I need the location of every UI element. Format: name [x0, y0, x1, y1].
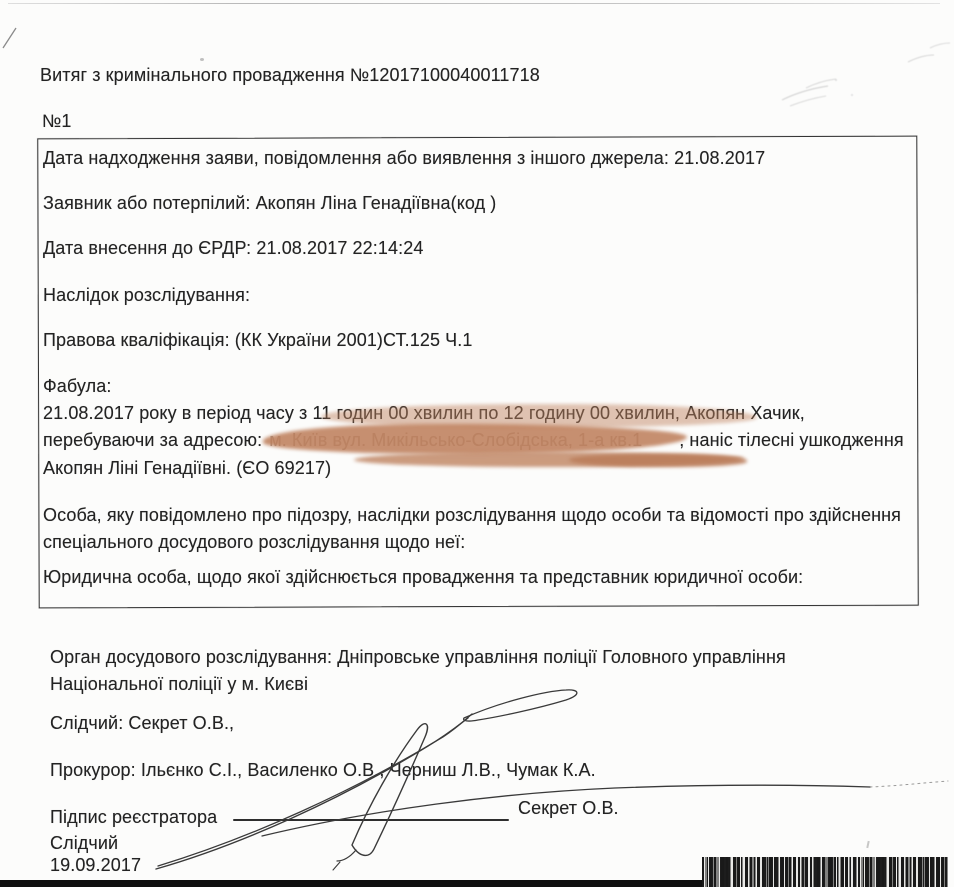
document-title: Витяг з кримінального провадження №12017…: [40, 62, 540, 89]
registrar-signature-label: Підпис реєстратора: [50, 804, 217, 831]
fabula-line-1: 21.08.2017 року в період часу з 11 годин…: [43, 400, 805, 427]
field-legal-entity: Юридична особа, щодо якої здійснюється п…: [43, 564, 803, 591]
ghost-address-text: м. Київ вул. Микільсько-Слобідська, 1-а …: [269, 430, 642, 450]
scan-bottom-bar: [0, 880, 706, 887]
field-investigator: Слідчий: Секрет О.В.,: [50, 710, 234, 737]
registrar-name: Секрет О.В.: [518, 795, 619, 822]
field-person-notified: Особа, яку повідомлено про підозру, насл…: [43, 502, 908, 556]
fabula-line-2: перебуваючи за адресою:м. Київ вул. Микі…: [43, 427, 904, 454]
scan-edge-line: [8, 3, 940, 4]
signature-date: 19.09.2017: [50, 852, 141, 879]
field-investigation-body: Орган досудового розслідування: Дніпровс…: [50, 644, 900, 698]
record-number: №1: [42, 108, 72, 135]
field-date-received: Дата надходження заяви, повідомлення або…: [43, 145, 765, 172]
fabula-line-3: Акопян Ліні Генадіївні. (ЄО 69217): [43, 455, 331, 482]
redacted-address: м. Київ вул. Микільсько-Слобідська, 1-а …: [269, 427, 679, 449]
field-prosecutors: Прокурор: Ільєнко С.І., Василенко О.В., …: [50, 757, 596, 784]
scanned-document-page: Витяг з кримінального провадження №12017…: [0, 0, 954, 887]
pen-mark-icon: [0, 0, 30, 60]
fabula-address-prefix: перебуваючи за адресою:: [43, 430, 262, 450]
field-legal-qualification: Правова кваліфікація: (КК України 2001)С…: [43, 327, 472, 354]
scan-speckle: [200, 58, 204, 61]
field-fabula-label: Фабула:: [43, 373, 111, 400]
field-erdr-entry: Дата внесення до ЄРДР: 21.08.2017 22:14:…: [43, 235, 423, 262]
signature-line: [233, 819, 509, 821]
field-investigation-result: Наслідок розслідування:: [43, 282, 250, 309]
fabula-address-suffix: , наніс тілесні ушкодження: [679, 430, 904, 450]
barcode: [702, 857, 948, 887]
scan-tick-mark: [866, 841, 869, 848]
field-applicant: Заявник або потерпілий: Акопян Ліна Гена…: [43, 190, 496, 217]
